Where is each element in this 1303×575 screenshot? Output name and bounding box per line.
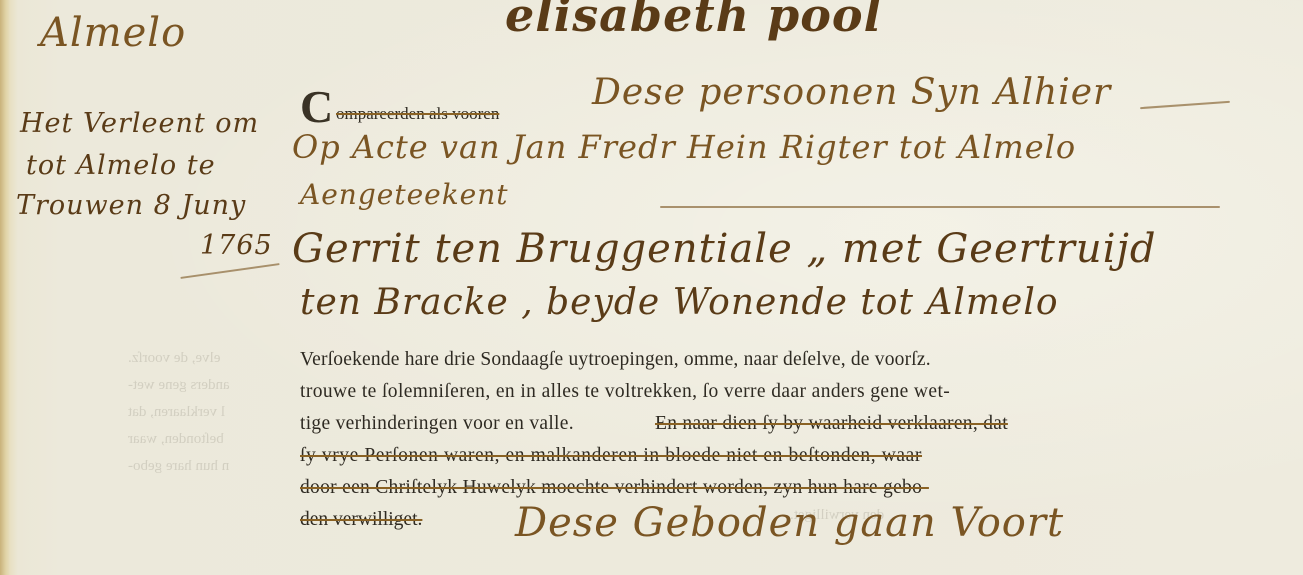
line-filler <box>1140 101 1230 109</box>
line-filler <box>660 206 1220 208</box>
margin-note-line: tot Almelo te <box>26 150 216 181</box>
printed-opening-struck: ompareerden als vooren <box>336 104 499 124</box>
printed-body-struck: door een Chriſtelyk Huwelyk moechte verh… <box>300 477 929 499</box>
margin-note-line: Het Verleent om <box>20 108 259 139</box>
printed-body-line: tige verhinderingen voor en valle. <box>300 413 574 435</box>
document-page: elve, de voorſz. anders gene wet- l verk… <box>0 0 1303 575</box>
bleed-through-line: anders gene wet- <box>128 377 230 394</box>
handwritten-opening-line: Op Acte van Jan Fredr Hein Rigter tot Al… <box>292 128 1076 166</box>
printed-body-line: Verſoekende hare drie Sondaagſe uytroepi… <box>300 349 931 371</box>
place-heading: Almelo <box>40 10 186 56</box>
bleed-through-line: n hun hare gebo- <box>128 458 229 475</box>
handwritten-opening-line: Dese persoonen Syn Alhier <box>592 72 1111 113</box>
handwritten-opening-line: Aengeteekent <box>300 178 509 211</box>
printed-body-struck: den verwilliget. <box>300 509 422 531</box>
bride-name-heading: elisabeth pool <box>505 0 882 42</box>
printed-body-struck: En naar dien ſy by waarheid verklaaren, … <box>655 413 1008 435</box>
couple-names-line: Gerrit ten Bruggentiale „ met Geertruijd <box>292 226 1157 272</box>
closing-note: Dese Geboden gaan Voort <box>515 500 1064 546</box>
printed-body-struck: ſy vrye Perſonen waren, en malkanderen i… <box>300 445 922 467</box>
drop-capital: C <box>300 84 333 130</box>
printed-body-line: trouwe te ſolemniſeren, en in alles te v… <box>300 381 950 403</box>
bleed-through-line: beſtonden, waar <box>128 431 224 448</box>
margin-note-year: 1765 <box>200 230 273 261</box>
book-spine-edge <box>0 0 10 575</box>
margin-underline <box>180 263 279 279</box>
margin-note-line: Trouwen 8 Juny <box>16 190 246 221</box>
bleed-through-line: elve, de voorſz. <box>128 350 220 367</box>
couple-names-line: ten Bracke , beyde Wonende tot Almelo <box>300 282 1059 323</box>
bleed-through-line: l verklaaren, dat <box>128 404 225 421</box>
